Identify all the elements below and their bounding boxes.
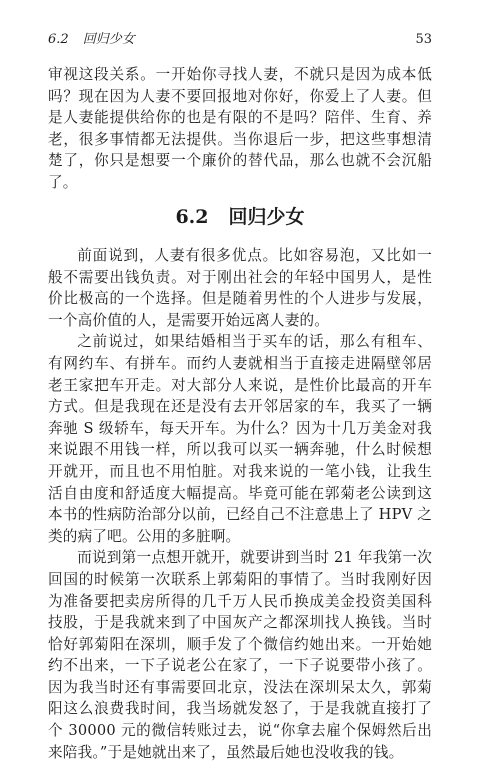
continuation-paragraph: 审视这段关系。一开始你寻找人妻，不就只是因为成本低吗？现在因为人妻不要回报地对你… xyxy=(48,64,432,194)
running-header-section: 6.2回归少女 xyxy=(48,30,135,50)
running-header-section-title: 回归少女 xyxy=(83,32,135,47)
section-heading-title: 回归少女 xyxy=(229,206,305,228)
paragraph: 之前说过，如果结婚相当于买车的话，那么有租车、有网约车、有拼车。而约人妻就相当于… xyxy=(48,331,432,547)
paragraph: 前面说到，人妻有很多优点。比如容易泡，又比如一般不需要出钱负责。对于刚出社会的年… xyxy=(48,245,432,331)
continuation-text-block: 审视这段关系。一开始你寻找人妻，不就只是因为成本低吗？现在因为人妻不要回报地对你… xyxy=(48,64,432,194)
running-header: 6.2回归少女 53 xyxy=(48,30,432,50)
running-header-section-number: 6.2 xyxy=(48,32,69,47)
section-heading: 6.2回归少女 xyxy=(48,203,432,231)
section-heading-number: 6.2 xyxy=(175,206,208,228)
section-body: 前面说到，人妻有很多优点。比如容易泡，又比如一般不需要出钱负责。对于刚出社会的年… xyxy=(48,245,432,763)
page-number: 53 xyxy=(415,30,432,50)
paragraph: 而说到第一点想开就开，就要讲到当时 21 年我第一次回国的时候第一次联系上郭菊阳… xyxy=(48,547,432,763)
